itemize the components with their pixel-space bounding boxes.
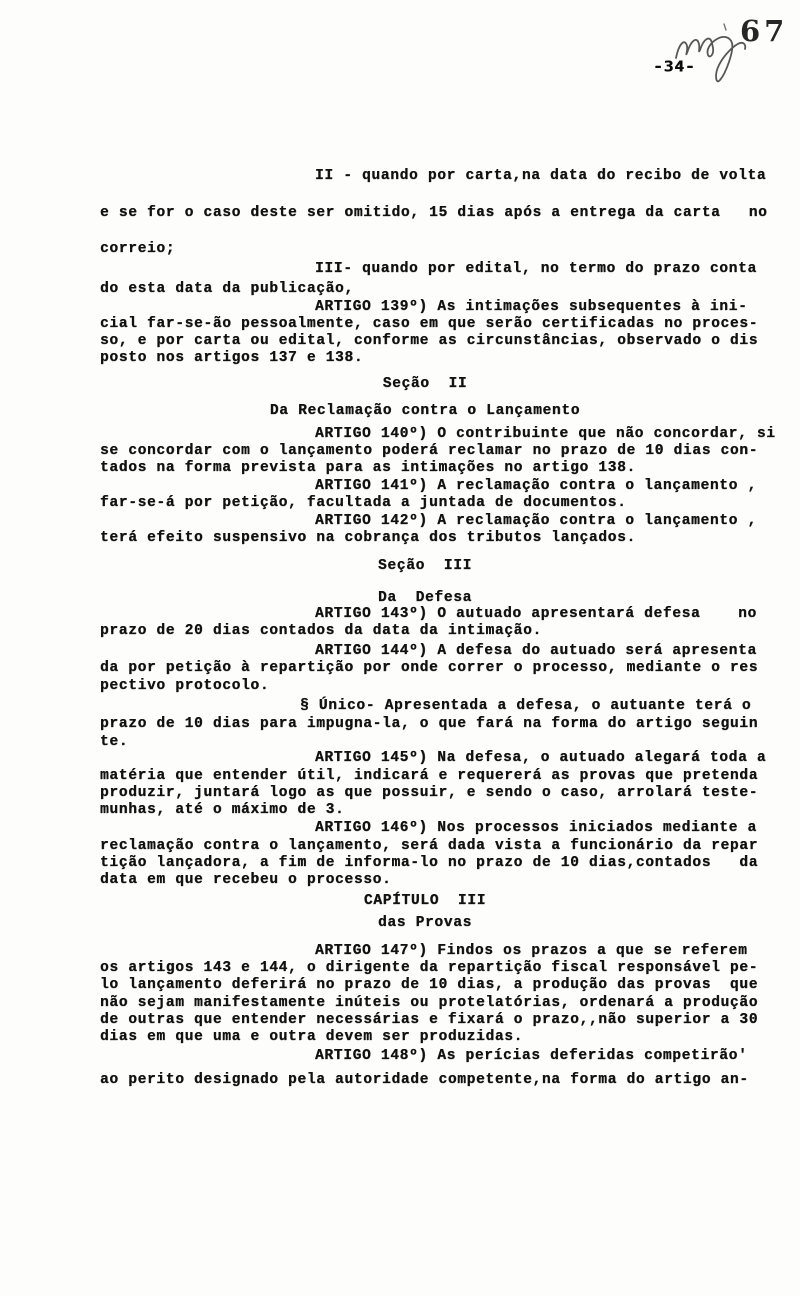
- text-line: ARTIGO 140º) O contribuinte que não conc…: [315, 426, 776, 442]
- heading-line: CAPÍTULO III: [100, 893, 750, 909]
- text-line: e se for o caso deste ser omitido, 15 di…: [100, 205, 768, 221]
- text-line: ARTIGO 143º) O autuado apresentará defes…: [315, 606, 757, 622]
- text-line: data em que recebeu o processo.: [100, 872, 391, 888]
- text-line: correio;: [100, 241, 175, 257]
- text-line: de outras que entender necessárias e fix…: [100, 1012, 758, 1028]
- text-line: da por petição à repartição por onde cor…: [100, 660, 758, 676]
- heading-line: das Provas: [100, 915, 750, 931]
- text-line: ARTIGO 139º) As intimações subsequentes …: [315, 299, 747, 315]
- text-line: far-se-á por petição, facultada a juntad…: [100, 495, 626, 511]
- text-line: matéria que entender útil, indicará e re…: [100, 768, 758, 784]
- text-line: lo lançamento deferirá no prazo de 10 di…: [100, 977, 758, 993]
- text-line: cial far-se-ão pessoalmente, caso em que…: [100, 316, 758, 332]
- text-line: terá efeito suspensivo na cobrança dos t…: [100, 530, 636, 546]
- heading-line: Seção III: [100, 558, 750, 574]
- text-line: ARTIGO 144º) A defesa do autuado será ap…: [315, 643, 757, 659]
- text-line: so, e por carta ou edital, conforme as c…: [100, 333, 758, 349]
- text-line: ARTIGO 147º) Findos os prazos a que se r…: [315, 943, 747, 959]
- heading-line: Da Defesa: [100, 590, 750, 606]
- text-line: tados na forma prevista para as intimaçõ…: [100, 460, 636, 476]
- text-line: do esta data da publicação,: [100, 281, 354, 297]
- text-line: te.: [100, 734, 128, 750]
- text-line: ARTIGO 141º) A reclamação contra o lança…: [315, 478, 757, 494]
- text-line: ao perito designado pela autoridade comp…: [100, 1072, 749, 1088]
- text-line: II - quando por carta,na data do recibo …: [315, 168, 766, 184]
- text-line: ARTIGO 145º) Na defesa, o autuado alegar…: [315, 750, 766, 766]
- text-line: prazo de 20 dias contados da data da int…: [100, 623, 542, 639]
- text-line: tição lançadora, a fim de informa-lo no …: [100, 855, 758, 871]
- text-line: não sejam manifestamente inúteis ou prot…: [100, 995, 758, 1011]
- text-line: posto nos artigos 137 e 138.: [100, 350, 363, 366]
- text-line: dias em que uma e outra devem ser produz…: [100, 1029, 523, 1045]
- text-line: se concordar com o lançamento poderá rec…: [100, 443, 758, 459]
- text-line: ARTIGO 148º) As perícias deferidas compe…: [315, 1048, 747, 1064]
- text-line: ARTIGO 142º) A reclamação contra o lança…: [315, 513, 757, 529]
- text-line: produzir, juntará logo as que possuir, e…: [100, 785, 758, 801]
- text-line: os artigos 143 e 144, o dirigente da rep…: [100, 960, 758, 976]
- heading-line: Da Reclamação contra o Lançamento: [100, 403, 750, 419]
- text-line: reclamação contra o lançamento, será dad…: [100, 838, 758, 854]
- scanned-document-page: 67 -34- II - quando por carta,na data do…: [0, 0, 800, 1296]
- text-line: § Único- Apresentada a defesa, o autuant…: [300, 698, 751, 714]
- document-text: II - quando por carta,na data do recibo …: [0, 0, 800, 1296]
- text-line: munhas, até o máximo de 3.: [100, 802, 344, 818]
- text-line: pectivo protocolo.: [100, 678, 269, 694]
- heading-line: Seção II: [100, 376, 750, 392]
- text-line: prazo de 10 dias para impugna-la, o que …: [100, 716, 758, 732]
- text-line: III- quando por edital, no termo do praz…: [315, 261, 757, 277]
- text-line: ARTIGO 146º) Nos processos iniciados med…: [315, 820, 757, 836]
